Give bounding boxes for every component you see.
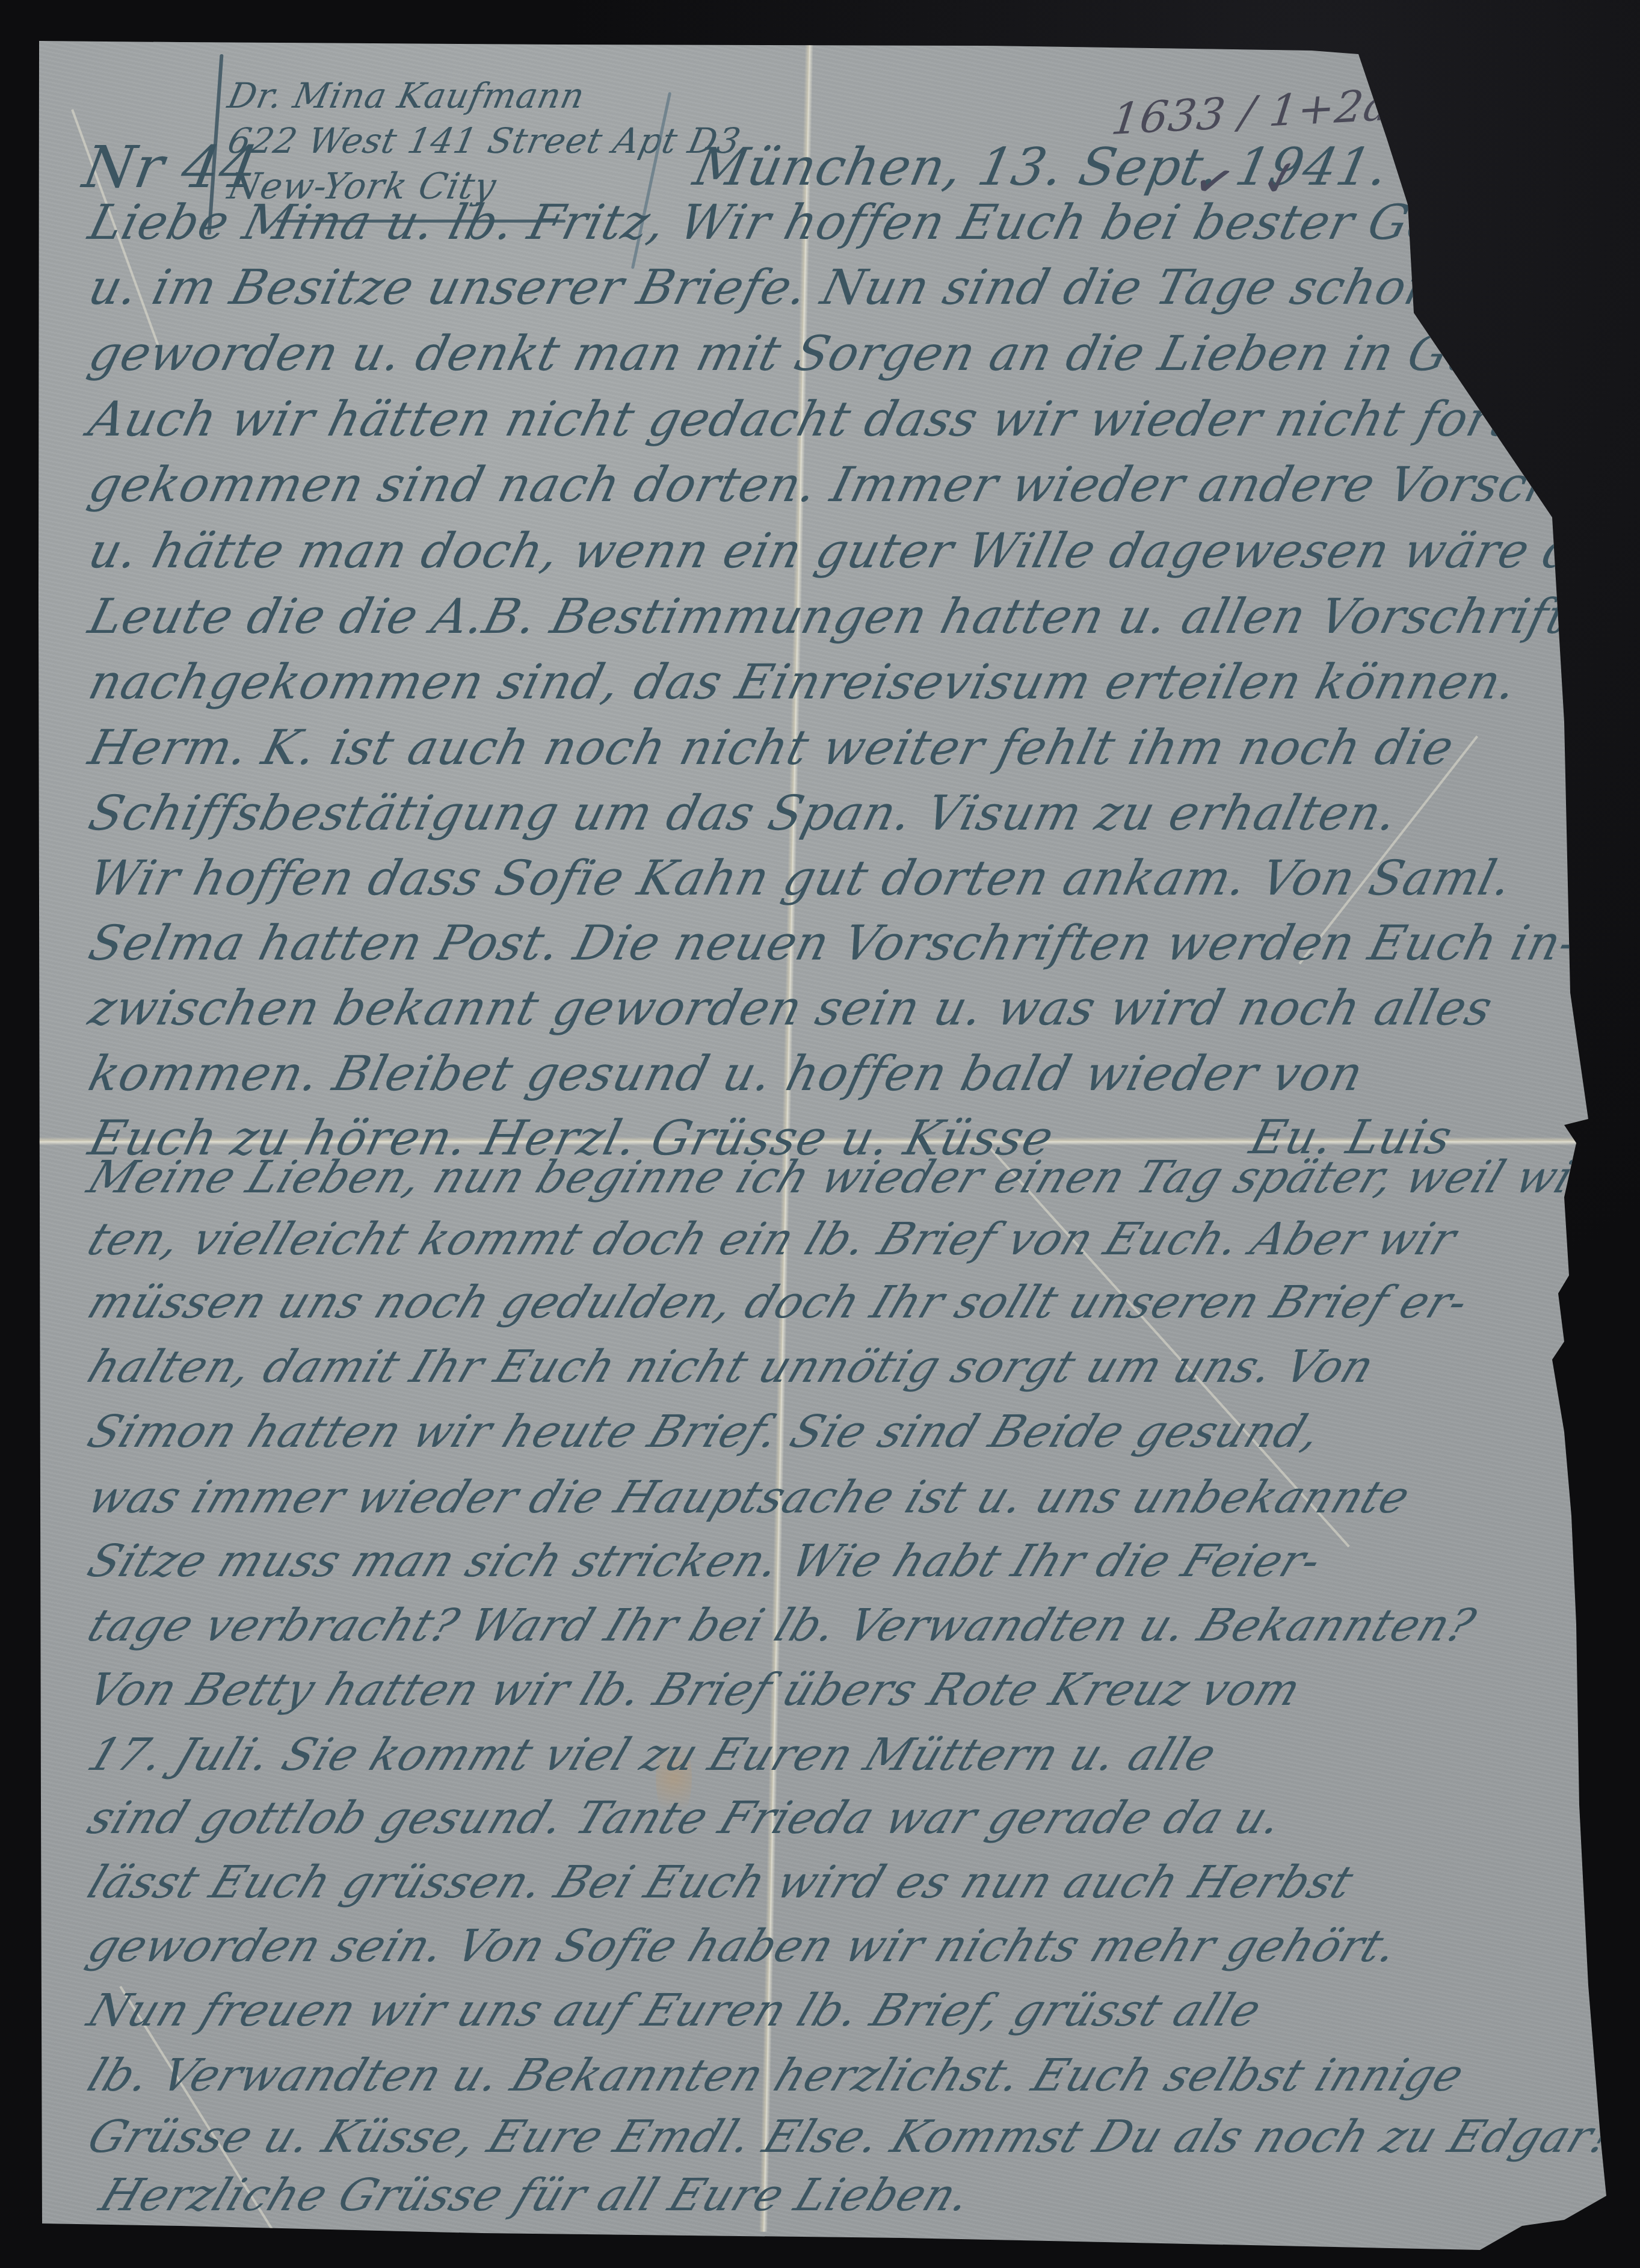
recipient-street: 622 West 141 Street Apt D3 xyxy=(225,123,744,158)
letter-line: kommen. Bleibet gesund u. hoffen bald wi… xyxy=(84,1050,1368,1098)
letter-line: gekommen sind nach dorten. Immer wieder … xyxy=(84,461,1640,509)
letter-line: geworden u. denkt man mit Sorgen an die … xyxy=(84,330,1502,378)
letter-line: Simon hatten wir heute Brief. Sie sind B… xyxy=(82,1410,1328,1454)
letter-line: nachgekommen sind, das Einreisevisum ert… xyxy=(84,658,1522,706)
letter-line: Meine Lieben, nun beginne ich wieder ein… xyxy=(82,1155,1640,1200)
letter-line: Selma hatten Post. Die neuen Vorschrifte… xyxy=(84,919,1583,967)
letter-line: Nun freuen wir uns auf Euren lb. Brief, … xyxy=(82,1988,1268,2033)
letter-line: Herm. K. ist auch noch nicht weiter fehl… xyxy=(84,724,1458,772)
letter-line: Herzliche Grüsse für all Eure Lieben. xyxy=(94,2173,978,2217)
letter-line: lb. Verwandten u. Bekannten herzlichst. … xyxy=(82,2053,1470,2098)
letter-line: halten, damit Ihr Euch nicht unnötig sor… xyxy=(82,1345,1381,1389)
letter-line: ten, vielleicht kommt doch ein lb. Brief… xyxy=(82,1217,1463,1262)
letter-sheet: Nr 44 Dr. Mina Kaufmann 622 West 141 Str… xyxy=(0,0,1640,2268)
letter-line: Leute die die A.B. Bestimmungen hatten u… xyxy=(84,593,1634,641)
letter-line: Von Betty hatten wir lb. Brief übers Rot… xyxy=(82,1668,1307,1712)
letter-line: tage verbracht? Ward Ihr bei lb. Verwand… xyxy=(82,1603,1482,1648)
archival-reference: 1633 / 1+2a xyxy=(1109,83,1393,141)
letter-line: lässt Euch grüssen. Bei Euch wird es nun… xyxy=(82,1860,1360,1905)
letter-line: Grüsse u. Küsse, Eure Emdl. Else. Kommst… xyxy=(82,2115,1624,2159)
letter-line: Auch wir hätten nicht gedacht dass wir w… xyxy=(84,395,1534,443)
letter-line: 17. Juli. Sie kommt viel zu Euren Mütter… xyxy=(82,1733,1222,1777)
letter-line: u. im Besitze unserer Briefe. Nun sind d… xyxy=(84,263,1621,312)
letter-line: Liebe Mina u. lb. Fritz, Wir hoffen Euch… xyxy=(84,199,1640,247)
letter-line: u. hätte man doch, wenn ein guter Wille … xyxy=(84,527,1627,575)
letter-line: zwischen bekannt geworden sein u. was wi… xyxy=(84,984,1497,1032)
letter-line: sind gottlob gesund. Tante Frieda war ge… xyxy=(82,1796,1289,1840)
letter-line: geworden sein. Von Sofie haben wir nicht… xyxy=(82,1924,1405,1968)
letter-line: Sitze muss man sich stricken. Wie habt I… xyxy=(82,1539,1328,1583)
letter-line: was immer wieder die Hauptsache ist u. u… xyxy=(82,1475,1416,1520)
recipient-name: Dr. Mina Kaufmann xyxy=(225,78,588,113)
letter-line: Schiffsbestätigung um das Span. Visum zu… xyxy=(84,789,1402,837)
letter-line: müssen uns noch gedulden, doch Ihr sollt… xyxy=(82,1280,1475,1325)
letter-line: Wir hoffen dass Sofie Kahn gut dorten an… xyxy=(84,854,1517,902)
